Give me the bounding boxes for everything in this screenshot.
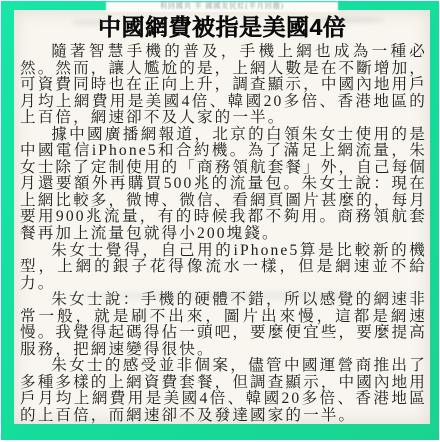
cropped-text-fragment: 利回國共 平 國國友民紅(平月回題) bbox=[106, 2, 338, 12]
article-paragraph-5: 朱女士的感受並非個案，儘管中國運營商推出了多種多樣的上網資費套餐，但調查顯示，中… bbox=[20, 358, 427, 424]
article-paragraph-4: 朱女士說：手機的硬體不錯，所以感覺的網速非常一般，就是刷不出來，圖片出來慢，這都… bbox=[20, 292, 427, 358]
newspaper-clipping: 利回國共 平 國國友民紅(平月回題) 中國網費被指是美國4倍 隨著智慧手機的普及… bbox=[14, 10, 430, 424]
article-paragraph-3: 朱女士覺得，自己用的iPhone5算是比較新的機型，上網的銀子花得像流水一樣，但… bbox=[20, 243, 427, 293]
article-paragraph-1: 隨著智慧手機的普及，手機上網也成為一種必然。然而，讓人尷尬的是，上網人數是在不斷… bbox=[20, 44, 427, 127]
green-border-frame: 利回國共 平 國國友民紅(平月回題) 中國網費被指是美國4倍 隨著智慧手機的普及… bbox=[1, 1, 439, 440]
article-headline: 中國網費被指是美國4倍 bbox=[20, 14, 424, 41]
newspaper-scan: 利回國共 平 國國友民紅(平月回題) 中國網費被指是美國4倍 隨著智慧手機的普及… bbox=[0, 0, 440, 442]
article-paragraph-2: 據中國廣播網報道，北京的白領朱女士使用的是中國電信iPhone5和合約機。為了滿… bbox=[20, 127, 427, 243]
article-body: 隨著智慧手機的普及，手機上網也成為一種必然。然而，讓人尷尬的是，上網人數是在不斷… bbox=[20, 44, 427, 425]
